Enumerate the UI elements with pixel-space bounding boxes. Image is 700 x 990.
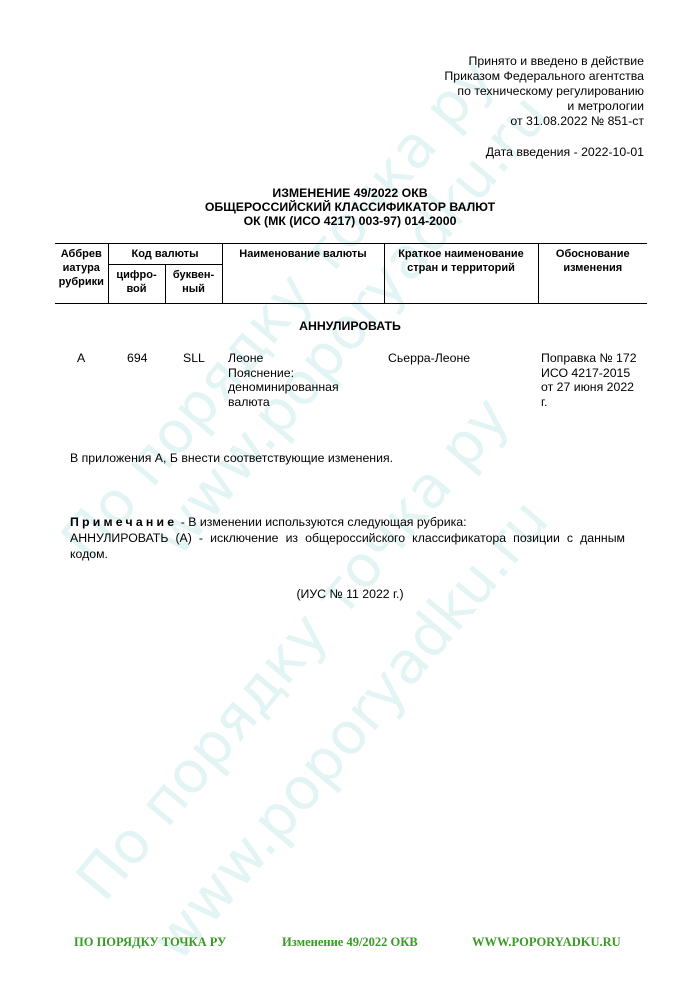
entry-country: Сьерра-Леоне [388, 351, 470, 366]
entry-reason-line: Поправка № 172 [541, 351, 637, 366]
note-label: Примечание [70, 515, 177, 529]
entry-alpha-code: SLL [183, 351, 205, 366]
approval-line: по техническому регулированию [444, 84, 644, 99]
col-header-code-group: Код валюты [108, 244, 222, 265]
col-header-reason: Обоснование изменения [538, 244, 647, 304]
section-heading: АННУЛИРОВАТЬ [0, 319, 700, 333]
entry-name-line: Леоне [228, 351, 339, 366]
entry-currency-name: Леоне Пояснение: деноминированная валюта [228, 351, 339, 409]
note-intro: - В изменении используются следующая руб… [177, 515, 466, 529]
title-line-2: ОБЩЕРОССИЙСКИЙ КЛАССИФИКАТОР ВАЛЮТ [0, 200, 700, 214]
entry-reason-line: ИСО 4217-2015 [541, 366, 637, 381]
note-body: АННУЛИРОВАТЬ (А) - исключение из общерос… [70, 530, 625, 562]
approval-line: Принято и введено в действие [444, 54, 644, 69]
title-line-1: ИЗМЕНЕНИЕ 49/2022 ОКВ [0, 186, 700, 200]
entry-numeric-code: 694 [127, 351, 148, 366]
footer-center: Изменение 49/2022 ОКВ [282, 935, 418, 950]
entry-abbr: А [77, 351, 85, 366]
title-line-3: ОК (МК (ИСО 4217) 003-97) 014-2000 [0, 214, 700, 228]
ius-reference: (ИУС № 11 2022 г.) [0, 587, 700, 601]
appendix-text: В приложения А, Б внести соответствующие… [70, 450, 393, 466]
approval-line: и метрологии [444, 99, 644, 114]
entry-reason: Поправка № 172 ИСО 4217-2015 от 27 июня … [541, 351, 637, 409]
entry-reason-line: г. [541, 395, 637, 410]
col-header-country: Краткое наименование стран и территорий [384, 244, 538, 304]
document-page: Принято и введено в действие Приказом Фе… [0, 0, 700, 990]
footer-right-link[interactable]: WWW.POPORYADKU.RU [472, 935, 621, 950]
entry-name-line: Пояснение: [228, 366, 339, 381]
approval-line: Приказом Федерального агентства [444, 69, 644, 84]
col-header-currency-name: Наименование валюты [222, 244, 384, 304]
effective-date: Дата введения - 2022-10-01 [444, 145, 644, 160]
entry-name-line: деноминированная [228, 380, 339, 395]
col-header-alpha: буквен-ный [165, 265, 222, 304]
document-title: ИЗМЕНЕНИЕ 49/2022 ОКВ ОБЩЕРОССИЙСКИЙ КЛА… [0, 186, 700, 228]
col-header-numeric: цифро-вой [108, 265, 165, 304]
entry-name-line: валюта [228, 395, 339, 410]
approval-order-number: от 31.08.2022 № 851-ст [444, 114, 644, 129]
note-block: Примечание - В изменении используются сл… [70, 514, 625, 562]
header-table: Аббрев иатура рубрики Код валюты Наимено… [55, 243, 647, 304]
approval-block: Принято и введено в действие Приказом Фе… [444, 54, 644, 160]
col-header-abbr: Аббрев иатура рубрики [55, 244, 108, 304]
entry-reason-line: от 27 июня 2022 [541, 380, 637, 395]
footer-left: ПО ПОРЯДКУ ТОЧКА РУ [74, 935, 226, 950]
